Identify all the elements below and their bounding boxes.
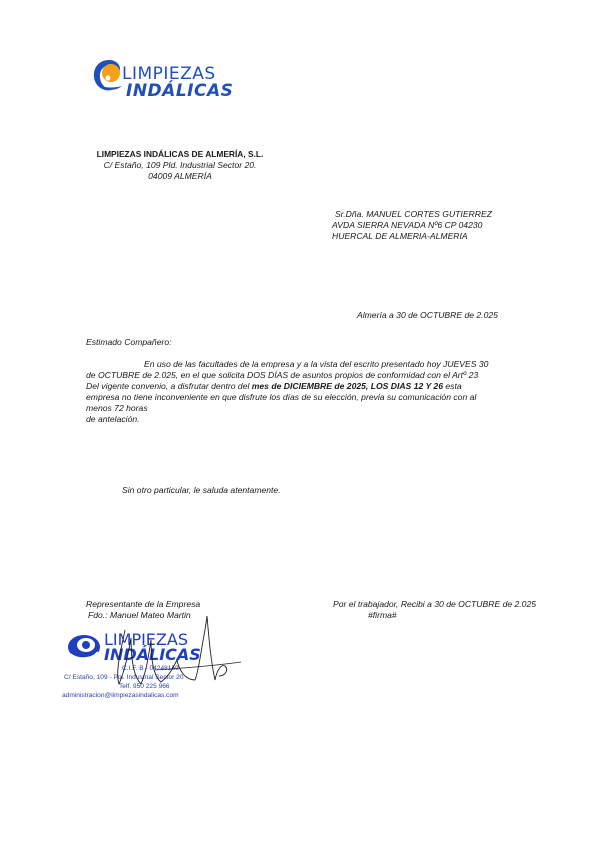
worker-receipt-line: Por el trabajador, Recibi a 30 de OCTUBR… [333, 599, 536, 610]
body-line: empresa no tiene inconveniente en que di… [86, 392, 526, 403]
date-line: Almería a 30 de OCTUBRE de 2.025 [357, 310, 498, 321]
company-address-street: C/ Estaño, 109 Pld. Industrial Sector 20… [80, 160, 280, 171]
body-text: esta [443, 381, 462, 391]
body-text: Del vigente convenio, a disfrutar dentro… [86, 381, 252, 391]
logo-text-line2: INDÁLICAS [126, 81, 233, 101]
greeting: Estimado Compañero: [86, 337, 172, 348]
recipient-address: AVDA SIERRA NEVADA Nº6 CP 04230 [332, 220, 492, 231]
handwritten-signature-icon [95, 610, 245, 690]
body-line: de OCTUBRE de 2.025, en el que solicita … [86, 370, 526, 381]
logo-emblem-icon [92, 56, 126, 96]
company-representative-title: Representante de la Empresa [86, 599, 200, 610]
recipient-block: Sr.Dña. MANUEL CORTES GUTIERREZ AVDA SIE… [332, 209, 492, 242]
stamp-email: administracion@limpiezasindalicas.com [62, 692, 179, 699]
body-line: de antelación. [86, 414, 526, 425]
company-name: LIMPIEZAS INDÁLICAS DE ALMERÍA, S.L. [80, 149, 280, 160]
body-line: Del vigente convenio, a disfrutar dentro… [86, 381, 526, 392]
body-highlight-dates: mes de DICIEMBRE de 2025, LOS DIAS 12 Y … [252, 381, 443, 391]
letter-body: En uso de las facultades de la empresa y… [86, 359, 526, 425]
company-address-city: 04009 ALMERÍA [80, 171, 280, 182]
worker-signature-placeholder: #firma# [368, 610, 397, 621]
closing: Sin otro particular, le saluda atentamen… [122, 485, 281, 496]
company-logo: LIMPIEZAS INDÁLICAS [92, 52, 242, 102]
body-line: menos 72 horas [86, 403, 526, 414]
body-line: En uso de las facultades de la empresa y… [86, 359, 526, 370]
recipient-city: HUERCAL DE ALMERIA-ALMERIA [332, 231, 492, 242]
recipient-name: Sr.Dña. MANUEL CORTES GUTIERREZ [332, 209, 492, 220]
